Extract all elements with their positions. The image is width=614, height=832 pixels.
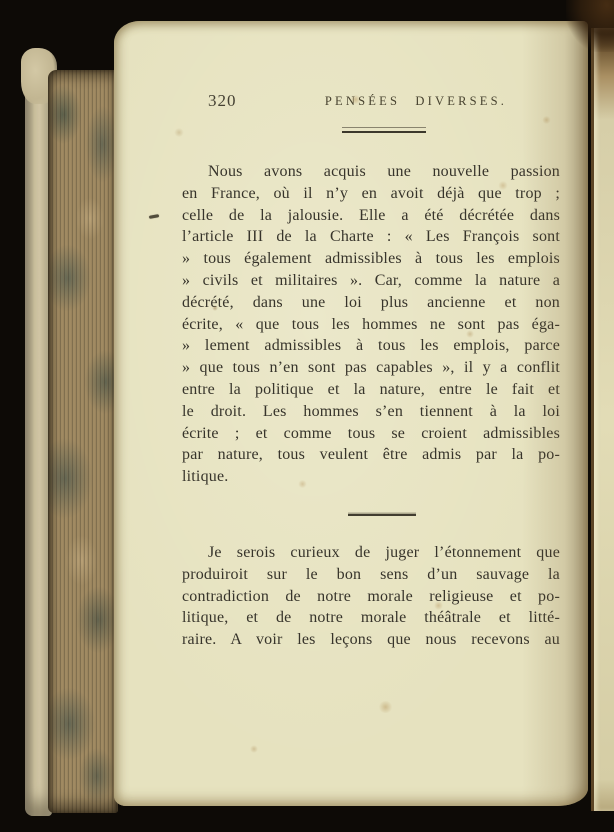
text-line: le droit. Les hommes s’en tiennent à la … (182, 401, 560, 423)
foxing-spot (542, 116, 551, 124)
text-line: décrété, dans une loi plus ancienne et n… (182, 292, 560, 314)
text-line: celle de la jalousie. Elle a été décrété… (182, 205, 560, 227)
text-line: » que tous n’en sont pas capables », il … (182, 357, 560, 379)
section-divider-rule (348, 514, 416, 516)
text-line: Nous avons acquis une nouvelle passion (182, 161, 560, 183)
text-line: par nature, tous veulent être admis par … (182, 444, 560, 466)
text-line: produiroit sur le bon sens d’un sauvage … (182, 564, 560, 586)
text-line: » tous également admissibles à tous les … (182, 248, 560, 270)
text-line: » lement admissibles à tous les emplois,… (182, 335, 560, 357)
text-line: litique. (182, 466, 560, 488)
text-line: contradiction de notre morale religieuse… (182, 586, 560, 608)
double-rule (342, 127, 426, 133)
header-rule (182, 127, 560, 133)
text-line: écrite, « que tous les hommes ne sont pa… (182, 314, 560, 336)
text-line: » civils et militaires ». Car, comme la … (182, 270, 560, 292)
page-number: 320 (208, 91, 237, 111)
text-block: Nous avons acquis une nouvelle passionen… (182, 161, 560, 651)
book-page: 320 PENSÉES DIVERSES. Nous avons acquis … (114, 21, 588, 806)
foxing-spot (250, 745, 258, 753)
text-line: litique, et de notre morale théâtrale et… (182, 607, 560, 629)
margin-pen-mark (149, 214, 159, 218)
facing-page-edge (591, 28, 614, 811)
marbled-page-stack-edge (48, 70, 118, 813)
paragraph: Nous avons acquis une nouvelle passionen… (182, 161, 560, 488)
running-title: PENSÉES DIVERSES. (272, 94, 560, 109)
foxing-spot (378, 701, 393, 713)
text-line: raire. A voir les leçons que nous recevo… (182, 629, 560, 651)
text-line: en France, où il n’y en avoit déjà que t… (182, 183, 560, 205)
text-line: écrite ; et comme tous se croient admiss… (182, 423, 560, 445)
text-line: entre la politique et la nature, entre l… (182, 379, 560, 401)
text-line: l’article III de la Charte : « Les Franç… (182, 226, 560, 248)
book-photograph: 320 PENSÉES DIVERSES. Nous avons acquis … (0, 0, 614, 832)
text-line: Je serois curieux de juger l’étonnement … (182, 542, 560, 564)
page-header: 320 PENSÉES DIVERSES. (182, 91, 560, 113)
paragraph: Je serois curieux de juger l’étonnement … (182, 542, 560, 651)
